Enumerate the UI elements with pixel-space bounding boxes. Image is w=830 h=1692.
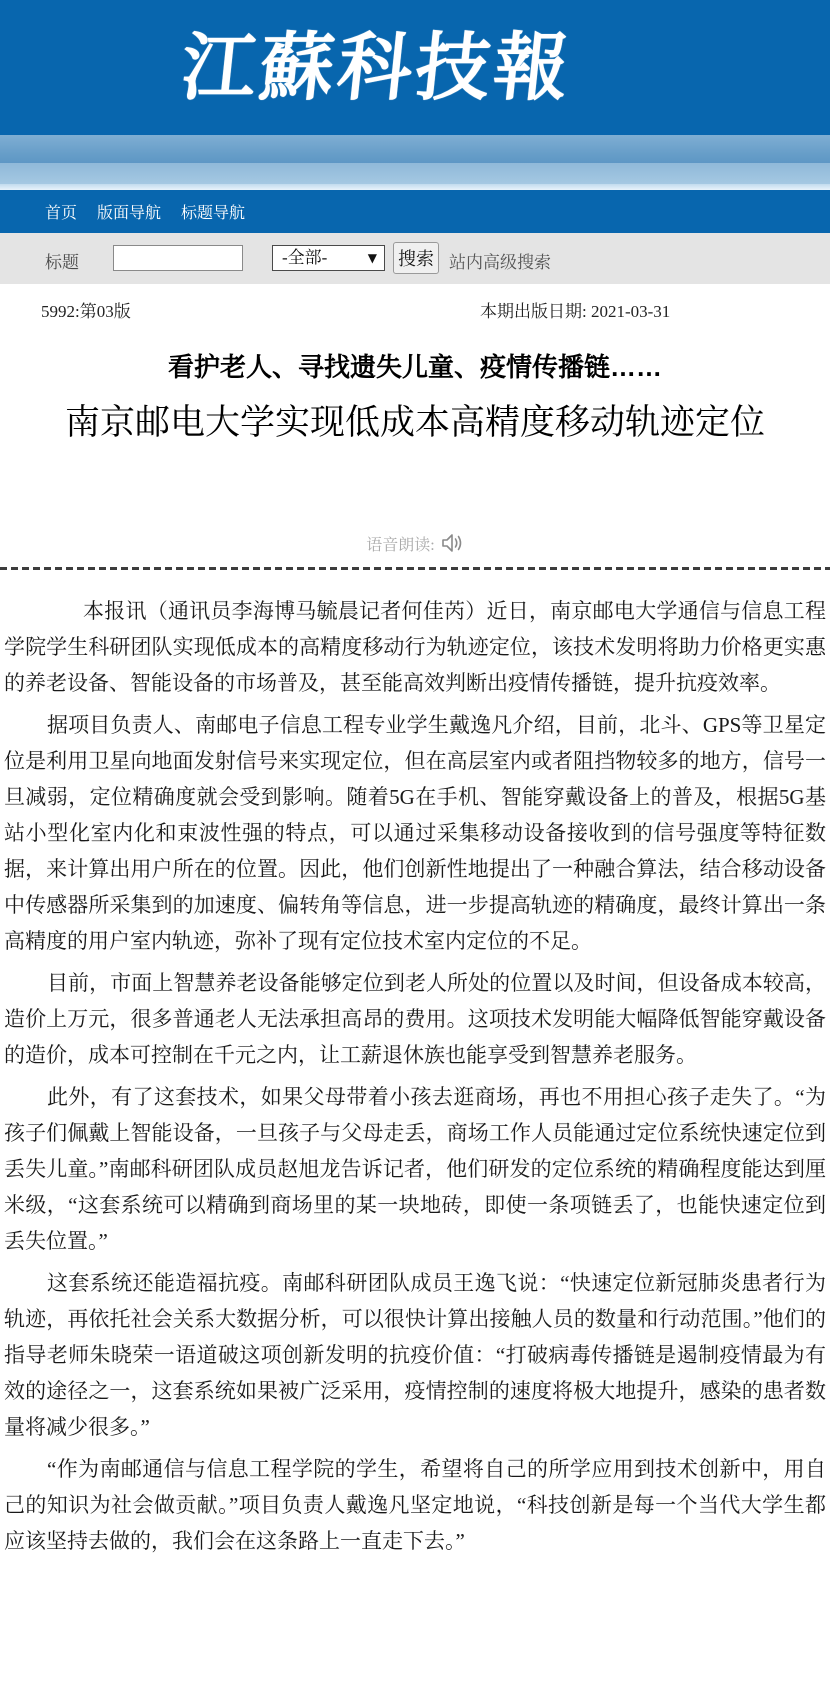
chevron-down-icon: ▼: [368, 246, 377, 270]
article-paragraph: 此外，有了这套技术，如果父母带着小孩去逛商场，再也不用担心孩子走失了。“为孩子们…: [4, 1079, 826, 1259]
article-paragraph: “作为南邮通信与信息工程学院的学生，希望将自己的所学应用到技术创新中，用自己的知…: [4, 1451, 826, 1559]
stripe-band-middle: [0, 163, 830, 184]
search-bar: 标题 -全部- ▼ 搜索 站内高级搜索: [0, 233, 830, 284]
advanced-search-link[interactable]: 站内高级搜索: [449, 248, 551, 273]
article-subtitle: 看护老人、寻找遗失儿童、疫情传播链……: [0, 350, 830, 384]
site-logo: 江蘇科技報: [178, 31, 576, 105]
article-title: 南京邮电大学实现低成本高精度移动轨迹定位: [0, 400, 830, 446]
category-select[interactable]: -全部- ▼: [272, 245, 385, 271]
masthead-banner: 江蘇科技報: [0, 0, 830, 135]
issue-info-row: 5992:第03版 本期出版日期: 2021-03-31: [0, 284, 830, 330]
article-body: 本报讯（通讯员李海博马毓晨记者何佳芮）近日，南京邮电大学通信与信息工程学院学生科…: [0, 593, 830, 1559]
tts-row: 语音朗读:: [0, 532, 830, 554]
decorative-stripes: [0, 135, 830, 190]
article-paragraph: 这套系统还能造福抗疫。南邮科研团队成员王逸飞说：“快速定位新冠肺炎患者行为轨迹，…: [4, 1265, 826, 1445]
article-paragraph: 目前，市面上智慧养老设备能够定位到老人所处的位置以及时间，但设备成本较高，造价上…: [4, 965, 826, 1073]
article-paragraph: 本报讯（通讯员李海博马毓晨记者何佳芮）近日，南京邮电大学通信与信息工程学院学生科…: [4, 593, 826, 701]
tts-label: 语音朗读:: [366, 532, 434, 555]
search-button[interactable]: 搜索: [393, 242, 439, 274]
nav-link[interactable]: 首页: [45, 200, 77, 223]
main-nav: 首页版面导航标题导航: [0, 190, 830, 233]
category-selected-value: -全部-: [282, 248, 327, 267]
article-paragraph: 据项目负责人、南邮电子信息工程专业学生戴逸凡介绍，目前，北斗、GPS等卫星定位是…: [4, 707, 826, 959]
stripe-band-top: [0, 135, 830, 163]
search-title-label: 标题: [45, 248, 79, 273]
nav-link[interactable]: 版面导航: [97, 200, 161, 223]
dashed-divider: [0, 567, 830, 570]
nav-link[interactable]: 标题导航: [181, 200, 245, 223]
issue-number-page: 5992:第03版: [41, 297, 131, 322]
speaker-icon[interactable]: [442, 533, 464, 553]
search-input[interactable]: [113, 245, 243, 271]
publish-date: 本期出版日期: 2021-03-31: [480, 297, 670, 322]
